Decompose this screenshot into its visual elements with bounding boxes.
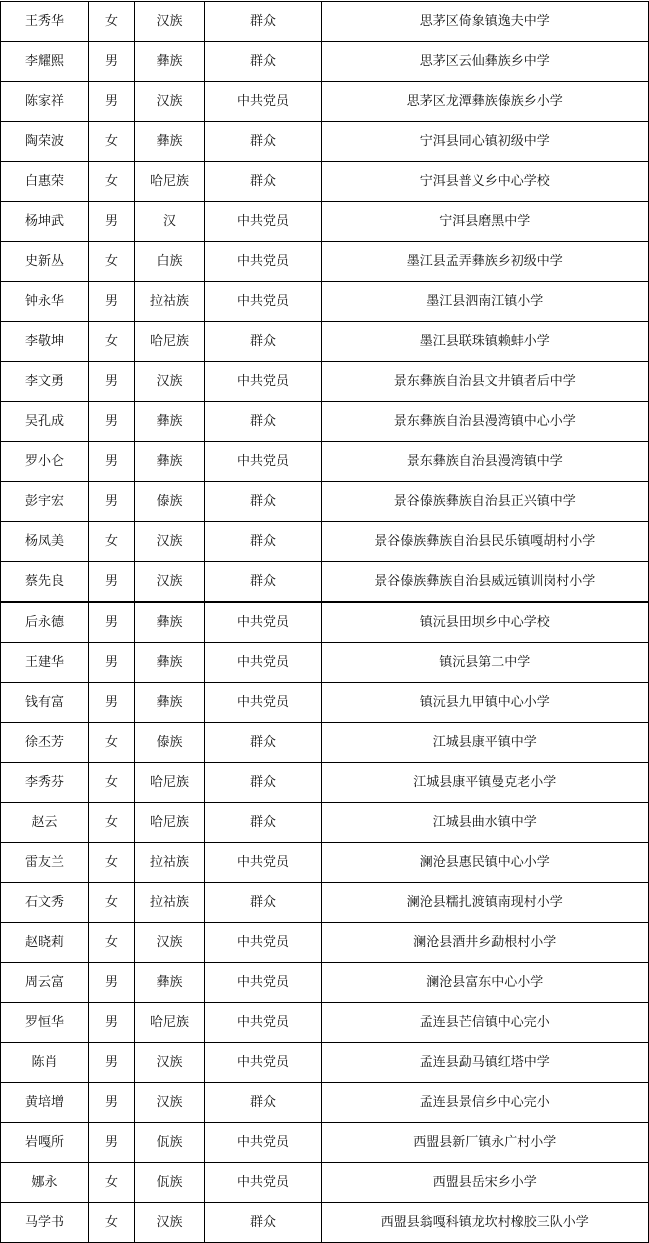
gender-cell: 女 xyxy=(89,1203,135,1243)
ethnicity-cell: 汉族 xyxy=(135,562,205,603)
table-row: 钱有富男彝族中共党员镇沅县九甲镇中心小学 xyxy=(1,683,649,723)
gender-cell: 男 xyxy=(89,442,135,482)
table-row: 娜永女佤族中共党员西盟县岳宋乡小学 xyxy=(1,1163,649,1203)
name-cell: 陈家祥 xyxy=(1,82,89,122)
gender-cell: 男 xyxy=(89,282,135,322)
ethnicity-cell: 佤族 xyxy=(135,1163,205,1203)
ethnicity-cell: 彝族 xyxy=(135,683,205,723)
ethnicity-cell: 汉族 xyxy=(135,923,205,963)
table-row: 赵晓莉女汉族中共党员澜沧县酒井乡勐根村小学 xyxy=(1,923,649,963)
ethnicity-cell: 彝族 xyxy=(135,42,205,82)
ethnicity-cell: 傣族 xyxy=(135,723,205,763)
school-cell: 墨江县孟弄彝族乡初级中学 xyxy=(322,242,649,282)
ethnicity-cell: 彝族 xyxy=(135,442,205,482)
political-status-cell: 中共党员 xyxy=(205,1123,322,1163)
political-status-cell: 中共党员 xyxy=(205,202,322,242)
name-cell: 杨坤武 xyxy=(1,202,89,242)
gender-cell: 男 xyxy=(89,683,135,723)
gender-cell: 女 xyxy=(89,843,135,883)
name-cell: 赵晓莉 xyxy=(1,923,89,963)
political-status-cell: 群众 xyxy=(205,42,322,82)
political-status-cell: 群众 xyxy=(205,1203,322,1243)
school-cell: 澜沧县糯扎渡镇南现村小学 xyxy=(322,883,649,923)
gender-cell: 女 xyxy=(89,723,135,763)
table-row: 赵云女哈尼族群众江城县曲水镇中学 xyxy=(1,803,649,843)
political-status-cell: 中共党员 xyxy=(205,963,322,1003)
gender-cell: 男 xyxy=(89,82,135,122)
political-status-cell: 中共党员 xyxy=(205,282,322,322)
political-status-cell: 群众 xyxy=(205,402,322,442)
political-status-cell: 中共党员 xyxy=(205,1003,322,1043)
political-status-cell: 中共党员 xyxy=(205,683,322,723)
name-cell: 周云富 xyxy=(1,963,89,1003)
gender-cell: 女 xyxy=(89,122,135,162)
gender-cell: 男 xyxy=(89,602,135,643)
ethnicity-cell: 哈尼族 xyxy=(135,162,205,202)
gender-cell: 女 xyxy=(89,1163,135,1203)
table-row: 杨坤武男汉中共党员宁洱县磨黑中学 xyxy=(1,202,649,242)
school-cell: 思茅区龙潭彝族傣族乡小学 xyxy=(322,82,649,122)
name-cell: 娜永 xyxy=(1,1163,89,1203)
political-status-cell: 中共党员 xyxy=(205,242,322,282)
political-status-cell: 群众 xyxy=(205,162,322,202)
school-cell: 西盟县翁嘎科镇龙坎村橡胶三队小学 xyxy=(322,1203,649,1243)
name-cell: 彭宇宏 xyxy=(1,482,89,522)
ethnicity-cell: 汉族 xyxy=(135,1083,205,1123)
name-cell: 陈肖 xyxy=(1,1043,89,1083)
political-status-cell: 中共党员 xyxy=(205,923,322,963)
table-row: 吴孔成男彝族群众景东彝族自治县漫湾镇中心小学 xyxy=(1,402,649,442)
school-cell: 景东彝族自治县文井镇者后中学 xyxy=(322,362,649,402)
ethnicity-cell: 哈尼族 xyxy=(135,1003,205,1043)
gender-cell: 女 xyxy=(89,522,135,562)
name-cell: 蔡先良 xyxy=(1,562,89,603)
gender-cell: 男 xyxy=(89,202,135,242)
school-cell: 澜沧县惠民镇中心小学 xyxy=(322,843,649,883)
school-cell: 宁洱县磨黑中学 xyxy=(322,202,649,242)
ethnicity-cell: 彝族 xyxy=(135,643,205,683)
table-row: 钟永华男拉祜族中共党员墨江县泗南江镇小学 xyxy=(1,282,649,322)
name-cell: 李文勇 xyxy=(1,362,89,402)
table-row: 罗小仑男彝族中共党员景东彝族自治县漫湾镇中学 xyxy=(1,442,649,482)
political-status-cell: 群众 xyxy=(205,122,322,162)
table-row: 岩嘎所男佤族中共党员西盟县新厂镇永广村小学 xyxy=(1,1123,649,1163)
political-status-cell: 群众 xyxy=(205,322,322,362)
ethnicity-cell: 拉祜族 xyxy=(135,883,205,923)
table-row: 周云富男彝族中共党员澜沧县富东中心小学 xyxy=(1,963,649,1003)
school-cell: 墨江县联珠镇赖蚌小学 xyxy=(322,322,649,362)
school-cell: 西盟县新厂镇永广村小学 xyxy=(322,1123,649,1163)
political-status-cell: 群众 xyxy=(205,522,322,562)
political-status-cell: 中共党员 xyxy=(205,602,322,643)
school-cell: 澜沧县酒井乡勐根村小学 xyxy=(322,923,649,963)
name-cell: 李秀芬 xyxy=(1,763,89,803)
name-cell: 王建华 xyxy=(1,643,89,683)
gender-cell: 男 xyxy=(89,1003,135,1043)
gender-cell: 男 xyxy=(89,643,135,683)
gender-cell: 女 xyxy=(89,883,135,923)
name-cell: 钱有富 xyxy=(1,683,89,723)
gender-cell: 女 xyxy=(89,322,135,362)
gender-cell: 女 xyxy=(89,2,135,42)
ethnicity-cell: 彝族 xyxy=(135,963,205,1003)
table-row: 王建华男彝族中共党员镇沅县第二中学 xyxy=(1,643,649,683)
table-row: 陈家祥男汉族中共党员思茅区龙潭彝族傣族乡小学 xyxy=(1,82,649,122)
table-row: 王秀华女汉族群众思茅区倚象镇逸夫中学 xyxy=(1,2,649,42)
ethnicity-cell: 拉祜族 xyxy=(135,843,205,883)
name-cell: 赵云 xyxy=(1,803,89,843)
ethnicity-cell: 汉 xyxy=(135,202,205,242)
political-status-cell: 群众 xyxy=(205,482,322,522)
table-row: 李敬坤女哈尼族群众墨江县联珠镇赖蚌小学 xyxy=(1,322,649,362)
political-status-cell: 中共党员 xyxy=(205,362,322,402)
ethnicity-cell: 汉族 xyxy=(135,362,205,402)
gender-cell: 男 xyxy=(89,42,135,82)
school-cell: 镇沅县田坝乡中心学校 xyxy=(322,602,649,643)
political-status-cell: 中共党员 xyxy=(205,442,322,482)
table-row: 李文勇男汉族中共党员景东彝族自治县文井镇者后中学 xyxy=(1,362,649,402)
school-cell: 江城县康平镇曼克老小学 xyxy=(322,763,649,803)
gender-cell: 女 xyxy=(89,923,135,963)
table-row: 史新丛女白族中共党员墨江县孟弄彝族乡初级中学 xyxy=(1,242,649,282)
name-cell: 陶荣波 xyxy=(1,122,89,162)
name-cell: 罗恒华 xyxy=(1,1003,89,1043)
name-cell: 李耀熙 xyxy=(1,42,89,82)
name-cell: 白惠荣 xyxy=(1,162,89,202)
political-status-cell: 群众 xyxy=(205,562,322,603)
table-row: 徐丕芳女傣族群众江城县康平镇中学 xyxy=(1,723,649,763)
political-status-cell: 中共党员 xyxy=(205,1043,322,1083)
school-cell: 宁洱县同心镇初级中学 xyxy=(322,122,649,162)
political-status-cell: 群众 xyxy=(205,1083,322,1123)
school-cell: 景东彝族自治县漫湾镇中学 xyxy=(322,442,649,482)
teacher-roster-table: 王秀华女汉族群众思茅区倚象镇逸夫中学李耀熙男彝族群众思茅区云仙彝族乡中学陈家祥男… xyxy=(0,1,649,1243)
table-row: 蔡先良男汉族群众景谷傣族彝族自治县威远镇训岗村小学 xyxy=(1,562,649,603)
gender-cell: 男 xyxy=(89,1123,135,1163)
roster-body: 王秀华女汉族群众思茅区倚象镇逸夫中学李耀熙男彝族群众思茅区云仙彝族乡中学陈家祥男… xyxy=(1,2,649,1243)
school-cell: 孟连县勐马镇红塔中学 xyxy=(322,1043,649,1083)
name-cell: 史新丛 xyxy=(1,242,89,282)
table-row: 白惠荣女哈尼族群众宁洱县普义乡中心学校 xyxy=(1,162,649,202)
school-cell: 思茅区云仙彝族乡中学 xyxy=(322,42,649,82)
ethnicity-cell: 汉族 xyxy=(135,82,205,122)
ethnicity-cell: 哈尼族 xyxy=(135,763,205,803)
ethnicity-cell: 拉祜族 xyxy=(135,282,205,322)
gender-cell: 男 xyxy=(89,1043,135,1083)
gender-cell: 男 xyxy=(89,482,135,522)
school-cell: 景谷傣族彝族自治县民乐镇嘎胡村小学 xyxy=(322,522,649,562)
school-cell: 西盟县岳宋乡小学 xyxy=(322,1163,649,1203)
name-cell: 雷友兰 xyxy=(1,843,89,883)
name-cell: 钟永华 xyxy=(1,282,89,322)
gender-cell: 女 xyxy=(89,242,135,282)
school-cell: 镇沅县第二中学 xyxy=(322,643,649,683)
table-row: 后永德男彝族中共党员镇沅县田坝乡中心学校 xyxy=(1,602,649,643)
political-status-cell: 中共党员 xyxy=(205,643,322,683)
table-row: 李耀熙男彝族群众思茅区云仙彝族乡中学 xyxy=(1,42,649,82)
political-status-cell: 群众 xyxy=(205,883,322,923)
ethnicity-cell: 彝族 xyxy=(135,402,205,442)
gender-cell: 男 xyxy=(89,963,135,1003)
name-cell: 罗小仑 xyxy=(1,442,89,482)
table-row: 陈肖男汉族中共党员孟连县勐马镇红塔中学 xyxy=(1,1043,649,1083)
table-row: 马学书女汉族群众西盟县翁嘎科镇龙坎村橡胶三队小学 xyxy=(1,1203,649,1243)
school-cell: 景谷傣族彝族自治县正兴镇中学 xyxy=(322,482,649,522)
name-cell: 石文秀 xyxy=(1,883,89,923)
ethnicity-cell: 汉族 xyxy=(135,1043,205,1083)
table-row: 陶荣波女彝族群众宁洱县同心镇初级中学 xyxy=(1,122,649,162)
table-row: 石文秀女拉祜族群众澜沧县糯扎渡镇南现村小学 xyxy=(1,883,649,923)
name-cell: 吴孔成 xyxy=(1,402,89,442)
ethnicity-cell: 彝族 xyxy=(135,122,205,162)
name-cell: 王秀华 xyxy=(1,2,89,42)
ethnicity-cell: 白族 xyxy=(135,242,205,282)
table-row: 杨凤美女汉族群众景谷傣族彝族自治县民乐镇嘎胡村小学 xyxy=(1,522,649,562)
gender-cell: 女 xyxy=(89,763,135,803)
school-cell: 景谷傣族彝族自治县威远镇训岗村小学 xyxy=(322,562,649,603)
ethnicity-cell: 汉族 xyxy=(135,1203,205,1243)
school-cell: 孟连县芒信镇中心完小 xyxy=(322,1003,649,1043)
school-cell: 镇沅县九甲镇中心小学 xyxy=(322,683,649,723)
political-status-cell: 群众 xyxy=(205,803,322,843)
school-cell: 澜沧县富东中心小学 xyxy=(322,963,649,1003)
name-cell: 徐丕芳 xyxy=(1,723,89,763)
political-status-cell: 中共党员 xyxy=(205,1163,322,1203)
gender-cell: 男 xyxy=(89,1083,135,1123)
political-status-cell: 中共党员 xyxy=(205,82,322,122)
gender-cell: 女 xyxy=(89,803,135,843)
political-status-cell: 中共党员 xyxy=(205,843,322,883)
school-cell: 江城县曲水镇中学 xyxy=(322,803,649,843)
political-status-cell: 群众 xyxy=(205,723,322,763)
school-cell: 江城县康平镇中学 xyxy=(322,723,649,763)
school-cell: 景东彝族自治县漫湾镇中心小学 xyxy=(322,402,649,442)
table-row: 雷友兰女拉祜族中共党员澜沧县惠民镇中心小学 xyxy=(1,843,649,883)
ethnicity-cell: 哈尼族 xyxy=(135,803,205,843)
table-row: 李秀芬女哈尼族群众江城县康平镇曼克老小学 xyxy=(1,763,649,803)
name-cell: 李敬坤 xyxy=(1,322,89,362)
ethnicity-cell: 哈尼族 xyxy=(135,322,205,362)
ethnicity-cell: 汉族 xyxy=(135,522,205,562)
gender-cell: 女 xyxy=(89,162,135,202)
name-cell: 马学书 xyxy=(1,1203,89,1243)
ethnicity-cell: 汉族 xyxy=(135,2,205,42)
gender-cell: 男 xyxy=(89,362,135,402)
table-row: 罗恒华男哈尼族中共党员孟连县芒信镇中心完小 xyxy=(1,1003,649,1043)
ethnicity-cell: 彝族 xyxy=(135,602,205,643)
school-cell: 思茅区倚象镇逸夫中学 xyxy=(322,2,649,42)
gender-cell: 男 xyxy=(89,562,135,603)
gender-cell: 男 xyxy=(89,402,135,442)
ethnicity-cell: 傣族 xyxy=(135,482,205,522)
ethnicity-cell: 佤族 xyxy=(135,1123,205,1163)
political-status-cell: 群众 xyxy=(205,2,322,42)
political-status-cell: 群众 xyxy=(205,763,322,803)
table-row: 彭宇宏男傣族群众景谷傣族彝族自治县正兴镇中学 xyxy=(1,482,649,522)
school-cell: 宁洱县普义乡中心学校 xyxy=(322,162,649,202)
table-row: 黄培增男汉族群众孟连县景信乡中心完小 xyxy=(1,1083,649,1123)
school-cell: 墨江县泗南江镇小学 xyxy=(322,282,649,322)
name-cell: 黄培增 xyxy=(1,1083,89,1123)
name-cell: 杨凤美 xyxy=(1,522,89,562)
name-cell: 后永德 xyxy=(1,602,89,643)
school-cell: 孟连县景信乡中心完小 xyxy=(322,1083,649,1123)
name-cell: 岩嘎所 xyxy=(1,1123,89,1163)
